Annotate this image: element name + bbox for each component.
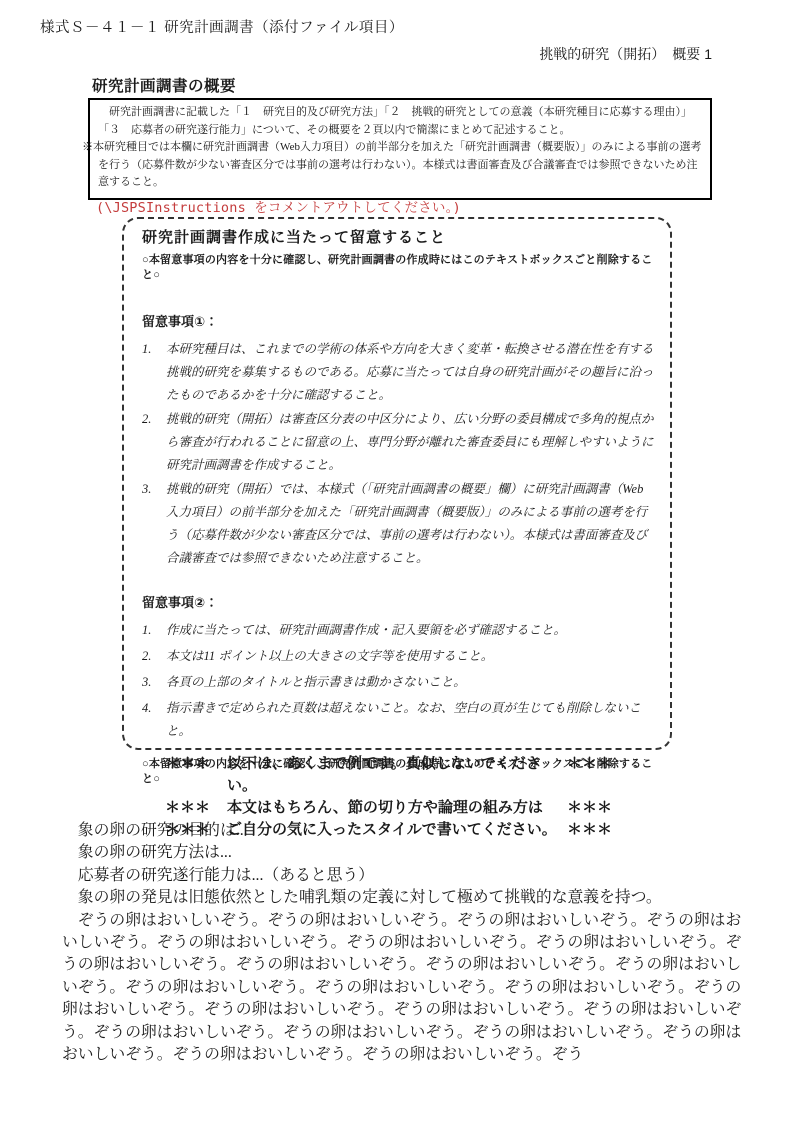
page-header-label: 挑戦的研究（開拓） 概要 1 — [539, 44, 712, 64]
stars-left: ＊＊＊ — [165, 797, 227, 819]
section-title: 研究計画調書の概要 — [92, 74, 236, 96]
stars-right: ＊＊＊ — [567, 753, 612, 797]
summary-paragraph-1: 研究計画調書に記載した「１ 研究目的及び研究方法」「２ 挑戦的研究としての意義（… — [98, 104, 702, 139]
item-text: 挑戦的研究（開拓）では、本様式（「研究計画調書の概要」欄）に研究計画調書（Web… — [166, 478, 656, 570]
summary-paragraph-2: ※本研究種目では本欄に研究計画調書（Web入力項目）の前半部分を加えた「研究計画… — [98, 139, 702, 192]
notes-section2-label: 留意事項②： — [142, 594, 656, 611]
item-text: 指示書きで定められた頁数は超えないこと。なお、空白の頁が生じても削除しないこと。 — [166, 697, 656, 743]
item-number: 1. — [142, 338, 166, 407]
item-number: 3. — [142, 671, 166, 694]
item-text: 本研究種目は、これまでの学術の体系や方向を大きく変革・転換させる潜在性を有する挑… — [166, 338, 656, 407]
banner-row: ＊＊＊ 以下は、あくまで例です。真似しないでください。 ＊＊＊ — [165, 753, 612, 797]
list-item: 1. 本研究種目は、これまでの学術の体系や方向を大きく変革・転換させる潜在性を有… — [142, 338, 656, 407]
list-item: 3. 各頁の上部のタイトルと指示書きは動かさないこと。 — [142, 671, 656, 694]
notes-title: 研究計画調書作成に当たって留意すること — [142, 228, 656, 248]
body-paragraph: 象の卵の発見は旧態依然とした哺乳類の定義に対して極めて挑戦的な意義を持つ。 — [62, 887, 742, 909]
body-text: 象の卵の研究の目的は... 象の卵の研究方法は... 応募者の研究遂行能力は..… — [62, 820, 742, 1066]
banner-text: 本文はもちろん、節の切り方や論理の組み方は — [227, 797, 567, 819]
notes-section1-list: 1. 本研究種目は、これまでの学術の体系や方向を大きく変革・転換させる潜在性を有… — [142, 338, 656, 570]
notes-section1-label: 留意事項①： — [142, 313, 656, 330]
latex-comment-note: (\JSPSInstructions をコメントアウトしてください。) — [96, 196, 461, 216]
item-text: 本文は11 ポイント以上の大きさの文字等を使用すること。 — [166, 645, 656, 668]
list-item: 2. 挑戦的研究（開拓）は審査区分表の中区分により、広い分野の委員構成で多角的視… — [142, 408, 656, 477]
body-paragraph: 象の卵の研究の目的は... — [62, 820, 742, 842]
notes-warning-top: ○本留意事項の内容を十分に確認し、研究計画調書の作成時にはこのテキストボックスご… — [142, 253, 656, 283]
banner-text: 以下は、あくまで例です。真似しないでください。 — [227, 753, 567, 797]
list-item: 2. 本文は11 ポイント以上の大きさの文字等を使用すること。 — [142, 645, 656, 668]
stars-right: ＊＊＊ — [567, 797, 612, 819]
stars-left: ＊＊＊ — [165, 753, 227, 797]
item-number: 2. — [142, 645, 166, 668]
body-paragraph: 象の卵の研究方法は... — [62, 842, 742, 864]
document-page: { "colors": { "accent_red": "#c43c3c", "… — [0, 0, 794, 1123]
banner-row: ＊＊＊ 本文はもちろん、節の切り方や論理の組み方は ＊＊＊ — [165, 797, 612, 819]
item-number: 4. — [142, 697, 166, 743]
notes-section2-list: 1. 作成に当たっては、研究計画調書作成・記入要領を必ず確認すること。 2. 本… — [142, 619, 656, 743]
item-text: 挑戦的研究（開拓）は審査区分表の中区分により、広い分野の委員構成で多角的視点から… — [166, 408, 656, 477]
item-text: 各頁の上部のタイトルと指示書きは動かさないこと。 — [166, 671, 656, 694]
body-paragraph: ぞうの卵はおいしいぞう。ぞうの卵はおいしいぞう。ぞうの卵はおいしいぞう。ぞうの卵… — [62, 910, 742, 1067]
notes-text-box: 研究計画調書作成に当たって留意すること ○本留意事項の内容を十分に確認し、研究計… — [122, 217, 672, 750]
item-number: 3. — [142, 478, 166, 570]
list-item: 3. 挑戦的研究（開拓）では、本様式（「研究計画調書の概要」欄）に研究計画調書（… — [142, 478, 656, 570]
list-item: 4. 指示書きで定められた頁数は超えないこと。なお、空白の頁が生じても削除しない… — [142, 697, 656, 743]
form-number-label: 様式Ｓ－４１－１ 研究計画調書（添付ファイル項目） — [40, 16, 404, 37]
item-number: 1. — [142, 619, 166, 642]
body-paragraph: 応募者の研究遂行能力は...（あると思う） — [62, 865, 742, 887]
summary-instruction-box: 研究計画調書に記載した「１ 研究目的及び研究方法」「２ 挑戦的研究としての意義（… — [88, 98, 712, 200]
item-text: 作成に当たっては、研究計画調書作成・記入要領を必ず確認すること。 — [166, 619, 656, 642]
item-number: 2. — [142, 408, 166, 477]
list-item: 1. 作成に当たっては、研究計画調書作成・記入要領を必ず確認すること。 — [142, 619, 656, 642]
